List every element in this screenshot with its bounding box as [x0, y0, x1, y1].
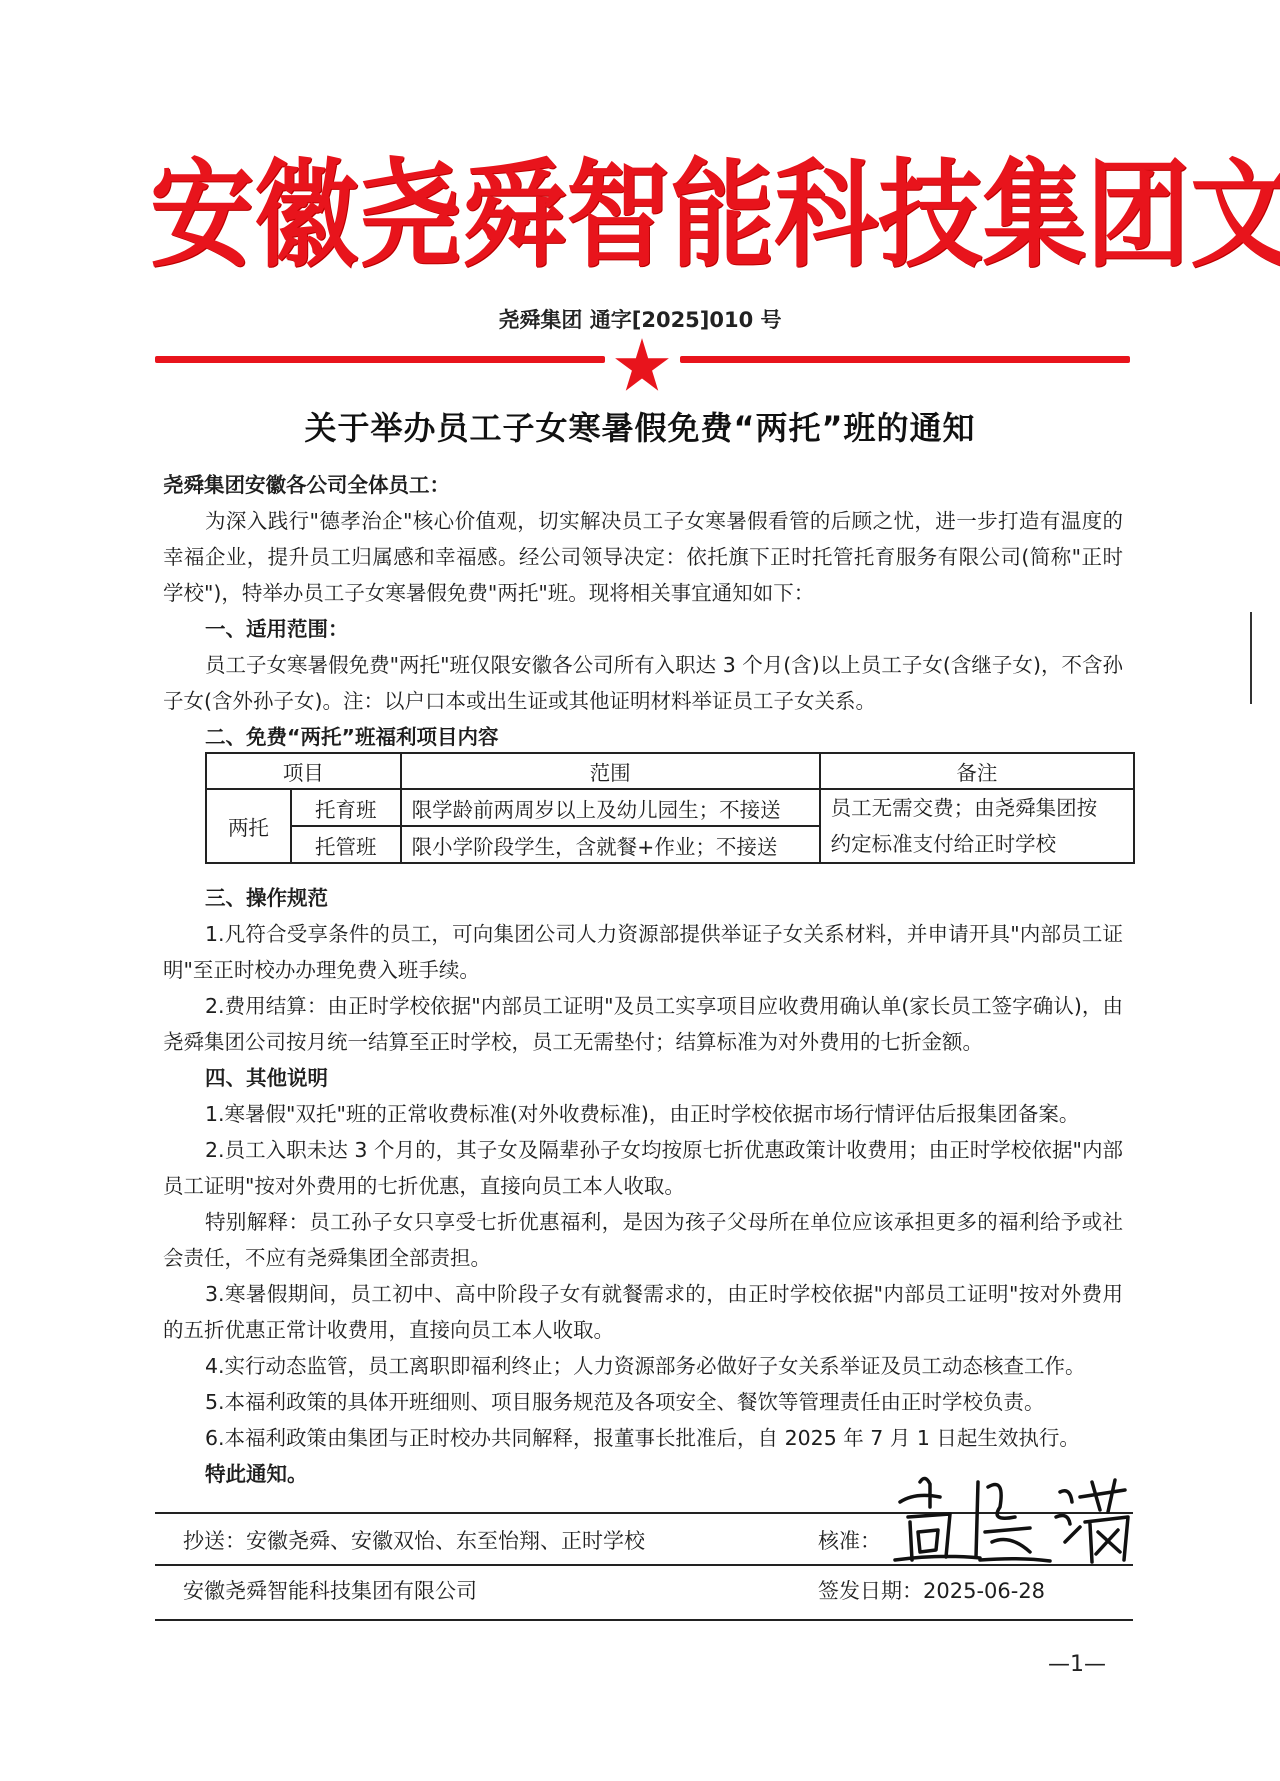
cc-list: 抄送：安徽尧舜、安徽双怡、东至怡翔、正时学校 [183, 1529, 645, 1553]
section-3-item-1: 1.凡符合受享条件的员工，可向集团公司人力资源部提供举证子女关系材料，并申请开具… [163, 916, 1123, 988]
header-char: 安 [150, 157, 254, 273]
issuing-company: 安徽尧舜智能科技集团有限公司 [183, 1579, 477, 1603]
header-char: 科 [774, 157, 878, 273]
scope-cell: 限学龄前两周岁以上及幼儿园生；不接送 [401, 789, 820, 826]
notice-title: 关于举办员工子女寒暑假免费“两托”班的通知 [0, 403, 1280, 449]
section-3-heading: 三、操作规范 [163, 880, 1123, 916]
red-divider-left [155, 356, 605, 363]
header-char: 智 [566, 157, 670, 273]
red-divider-right [680, 356, 1130, 363]
section-1-heading: 一、适用范围： [163, 611, 1123, 647]
item-cell: 托管班 [291, 826, 401, 863]
org-title-red-header: 安 徽 尧 舜 智 能 科 技 集 团 文 件 [150, 150, 1140, 280]
section-4-item-2: 2.员工入职未达 3 个月的，其子女及隔辈孙子女均按原七折优惠政策计收费用；由正… [163, 1132, 1123, 1204]
header-char: 团 [1086, 157, 1190, 273]
note-line-2: 约定标准支付给正时学校 [831, 826, 1123, 862]
item-cell: 托育班 [291, 789, 401, 826]
approval-label: 核准： [818, 1525, 881, 1555]
intro-paragraph: 为深入践行"德孝治企"核心价值观，切实解决员工子女寒暑假看管的后顾之忧，进一步打… [163, 503, 1123, 611]
red-star-icon [614, 337, 670, 393]
body-sections: 三、操作规范 1.凡符合受享条件的员工，可向集团公司人力资源部提供举证子女关系材… [163, 880, 1123, 1492]
header-char: 技 [878, 157, 982, 273]
section-2-heading: 二、免费“两托”班福利项目内容 [163, 719, 1123, 755]
section-4-item-3: 3.寒暑假期间，员工初中、高中阶段子女有就餐需求的，由正时学校依据"内部员工证明… [163, 1276, 1123, 1348]
header-note: 备注 [820, 753, 1134, 789]
header-char: 能 [670, 157, 774, 273]
header-char: 徽 [254, 157, 358, 273]
document-page: 安 徽 尧 舜 智 能 科 技 集 团 文 件 尧舜集团 通字[2025]010… [0, 0, 1280, 1781]
table-header-row: 项目 范围 备注 [206, 753, 1134, 789]
margin-mark [1250, 612, 1252, 704]
header-char: 尧 [358, 157, 462, 273]
benefits-table: 项目 范围 备注 两托 托育班 限学龄前两周岁以上及幼儿园生；不接送 员工无需交… [205, 752, 1135, 864]
section-4-item-4: 4.实行动态监管，员工离职即福利终止；人力资源部务必做好子女关系举证及员工动态核… [163, 1348, 1123, 1384]
handwritten-signature [880, 1462, 1140, 1582]
table-row: 两托 托育班 限学龄前两周岁以上及幼儿园生；不接送 员工无需交费；由尧舜集团按 … [206, 789, 1134, 826]
note-cell: 员工无需交费；由尧舜集团按 约定标准支付给正时学校 [820, 789, 1134, 863]
note-line-1: 员工无需交费；由尧舜集团按 [831, 790, 1123, 826]
body-intro: 尧舜集团安徽各公司全体员工： 为深入践行"德孝治企"核心价值观，切实解决员工子女… [163, 467, 1123, 755]
header-char: 集 [982, 157, 1086, 273]
scope-cell: 限小学阶段学生，含就餐+作业；不接送 [401, 826, 820, 863]
section-3-item-2: 2.费用结算：由正时学校依据"内部员工证明"及员工实享项目应收费用确认单(家长员… [163, 988, 1123, 1060]
section-4-item-1: 1.寒暑假"双托"班的正常收费标准(对外收费标准)，由正时学校依据市场行情评估后… [163, 1096, 1123, 1132]
header-char: 舜 [462, 157, 566, 273]
footer-rule-bottom [155, 1619, 1133, 1621]
group-cell: 两托 [206, 789, 291, 863]
header-item: 项目 [206, 753, 401, 789]
document-number: 尧舜集团 通字[2025]010 号 [0, 304, 1280, 334]
section-4-heading: 四、其他说明 [163, 1060, 1123, 1096]
header-scope: 范围 [401, 753, 820, 789]
section-4-item-6: 6.本福利政策由集团与正时校办共同解释，报董事长批准后，自 2025 年 7 月… [163, 1420, 1123, 1456]
page-number: —1— [1048, 1652, 1106, 1677]
header-char: 文 [1190, 157, 1280, 273]
section-4-item-5: 5.本福利政策的具体开班细则、项目服务规范及各项安全、餐饮等管理责任由正时学校负… [163, 1384, 1123, 1420]
section-1-text: 员工子女寒暑假免费"两托"班仅限安徽各公司所有入职达 3 个月(含)以上员工子女… [163, 647, 1123, 719]
section-4-special-note: 特别解释：员工孙子女只享受七折优惠福利，是因为孩子父母所在单位应该承担更多的福利… [163, 1204, 1123, 1276]
salutation: 尧舜集团安徽各公司全体员工： [163, 467, 1123, 503]
